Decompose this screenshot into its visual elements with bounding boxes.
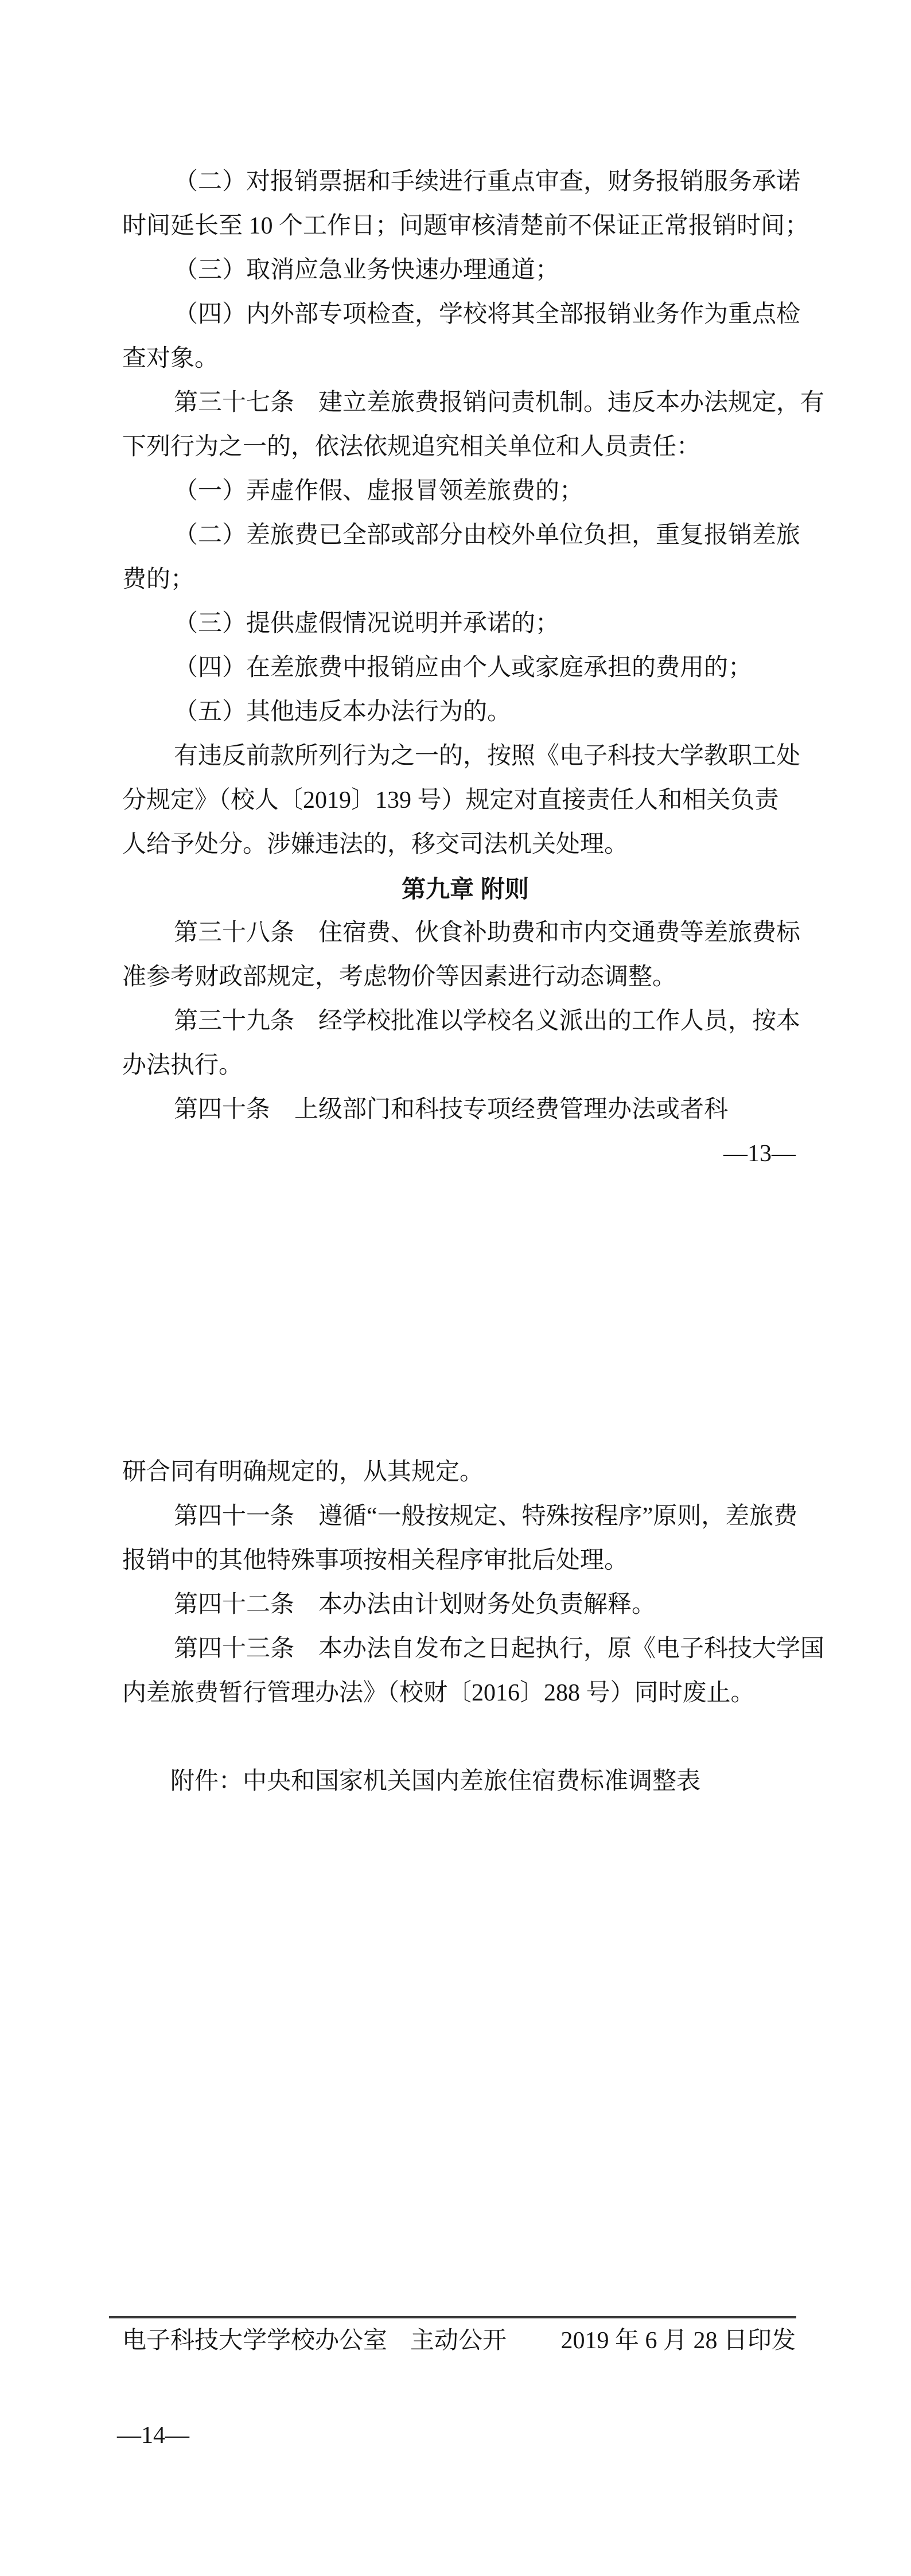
text-line: 分规定》（校人〔2019〕139 号）规定对直接责任人和相关负责: [122, 779, 808, 823]
text-line: 费的；: [122, 558, 808, 602]
text-line: 第三十八条 住宿费、伙食补助费和市内交通费等差旅费标: [122, 911, 808, 955]
page-14-text: 研合同有明确规定的，从其规定。 第四十一条 遵循“一般按规定、特殊按程序”原则，…: [122, 1450, 808, 1715]
chapter-heading: 第九章 附则: [122, 867, 808, 911]
text-line: 时间延长至 10 个工作日；问题审核清楚前不保证正常报销时间；: [122, 204, 808, 248]
footer-publicity: 主动公开: [410, 2325, 507, 2357]
page-number-14: —14—: [117, 2421, 189, 2450]
text-line: 准参考财政部规定，考虑物价等因素进行动态调整。: [122, 955, 808, 999]
attachment-note: 附件：中央和国家机关国内差旅住宿费标准调整表: [122, 1760, 808, 1804]
text-line: 内差旅费暂行管理办法》（校财〔2016〕288 号）同时废止。: [122, 1671, 808, 1715]
text-line: （四）内外部专项检查，学校将其全部报销业务作为重点检: [122, 293, 808, 337]
text-line: 人给予处分。涉嫌违法的，移交司法机关处理。: [122, 823, 808, 867]
text-line: （四）在差旅费中报销应由个人或家庭承担的费用的；: [122, 646, 808, 690]
text-line: 第四十二条 本办法由计划财务处负责解释。: [122, 1583, 808, 1627]
footer-issuer: 电子科技大学学校办公室 主动公开: [122, 2325, 507, 2357]
text-line: （三）提供虚假情况说明并承诺的；: [122, 602, 808, 646]
text-line: 报销中的其他特殊事项按相关程序审批后处理。: [122, 1539, 808, 1583]
text-line: 办法执行。: [122, 1044, 808, 1088]
footer-divider: [109, 2316, 796, 2318]
text-line: 第三十七条 建立差旅费报销问责机制。违反本办法规定，有: [122, 381, 808, 425]
text-line: （二）对报销票据和手续进行重点审查，财务报销服务承诺: [122, 160, 808, 204]
document-canvas: （二）对报销票据和手续进行重点审查，财务报销服务承诺 时间延长至 10 个工作日…: [0, 0, 911, 2576]
text-line: 研合同有明确规定的，从其规定。: [122, 1450, 808, 1495]
page-number-13: —13—: [122, 1132, 808, 1176]
footer-date: 2019 年 6 月 28 日印发: [560, 2325, 796, 2357]
text-line: （三）取消应急业务快速办理通道；: [122, 248, 808, 293]
text-line: 第四十条 上级部门和科技专项经费管理办法或者科: [122, 1088, 808, 1132]
text-line: （二）差旅费已全部或部分由校外单位负担，重复报销差旅: [122, 513, 808, 558]
text-line: 查对象。: [122, 337, 808, 381]
footer: 电子科技大学学校办公室 主动公开 2019 年 6 月 28 日印发: [122, 2325, 796, 2357]
text-line: （一）弄虚作假、虚报冒领差旅费的；: [122, 469, 808, 513]
text-line: 第四十一条 遵循“一般按规定、特殊按程序”原则，差旅费: [122, 1495, 808, 1539]
footer-office: 电子科技大学学校办公室: [122, 2325, 387, 2357]
text-line: 有违反前款所列行为之一的，按照《电子科技大学教职工处: [122, 734, 808, 779]
text-line: 下列行为之一的，依法依规追究相关单位和人员责任：: [122, 425, 808, 469]
text-line: 第三十九条 经学校批准以学校名义派出的工作人员，按本: [122, 999, 808, 1044]
text-line: 第四十三条 本办法自发布之日起执行，原《电子科技大学国: [122, 1627, 808, 1671]
text-line: （五）其他违反本办法行为的。: [122, 690, 808, 734]
page-13-text: （二）对报销票据和手续进行重点审查，财务报销服务承诺 时间延长至 10 个工作日…: [122, 160, 808, 1176]
